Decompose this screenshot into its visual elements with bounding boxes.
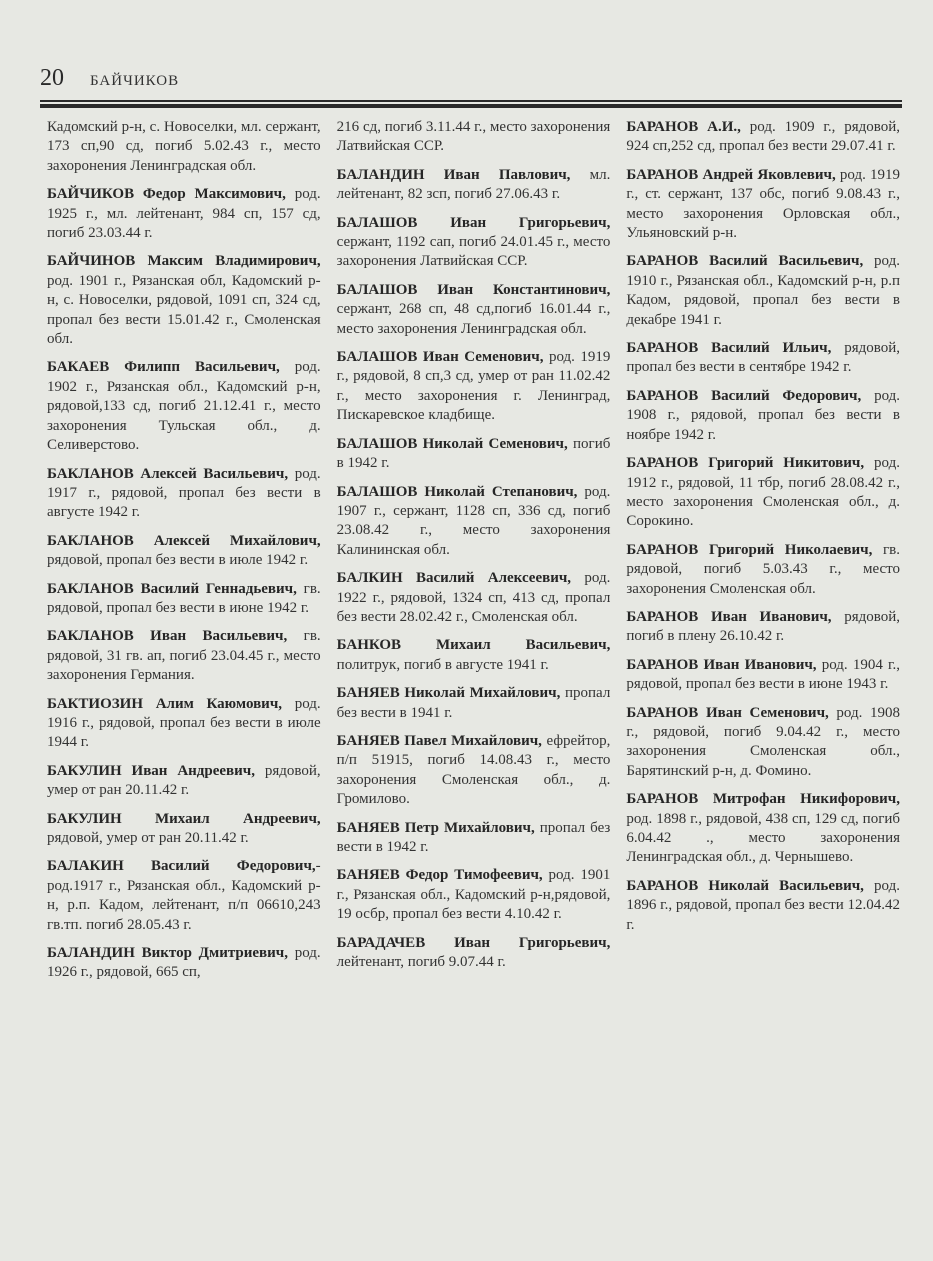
entry: БАЛАНДИН Иван Павлович, мл. лейтенант, 8… bbox=[337, 166, 611, 205]
entry-name: БАРАНОВ Иван Семенович, bbox=[626, 705, 828, 721]
entry: БАРАНОВ Василий Васильевич, род. 1910 г.… bbox=[626, 252, 900, 330]
entry-details: сержант, 1192 сап, погиб 24.01.45 г., ме… bbox=[337, 234, 611, 269]
entry-name: БАРАНОВ Григорий Никитович, bbox=[626, 455, 864, 471]
entry-name: БАЛАШОВ Николай Семенович, bbox=[337, 436, 568, 452]
entry-name: БАРАНОВ Василий Ильич, bbox=[626, 340, 831, 356]
entry-name: БАРАНОВ Василий Федорович, bbox=[626, 388, 861, 404]
entry-name: БАРАНОВ Иван Иванович, bbox=[626, 609, 831, 625]
entry-name: БАРАНОВ Андрей Яковлевич, bbox=[626, 167, 835, 183]
entry: БАКУЛИН Михаил Андреевич, рядовой, умер … bbox=[47, 810, 321, 849]
entry: БАРАНОВ Николай Васильевич, род. 1896 г.… bbox=[626, 877, 900, 935]
entry: БАЛАШОВ Николай Семенович, погиб в 1942 … bbox=[337, 435, 611, 474]
entry: БАНЯЕВ Павел Михайлович, ефрейтор, п/п 5… bbox=[337, 732, 611, 810]
entry: БАРАНОВ Григорий Никитович, род. 1912 г.… bbox=[626, 454, 900, 532]
header-rule-thin bbox=[40, 100, 902, 102]
entry: БАЛАКИН Василий Федорович,-род.1917 г., … bbox=[47, 857, 321, 935]
entry-name: БАРАНОВ Григорий Николаевич, bbox=[626, 542, 872, 558]
entry: БАЙЧИКОВ Федор Максимович, род. 1925 г.,… bbox=[47, 185, 321, 243]
entry-name: БАРАНОВ Митрофан Никифорович, bbox=[626, 791, 900, 807]
entry-name: БАКУЛИН Иван Андреевич, bbox=[47, 763, 255, 779]
entry-details: род. 1901 г., Рязанская обл, Кадомский р… bbox=[47, 273, 321, 347]
entry-name: БАКАЕВ Филипп Васильевич, bbox=[47, 359, 280, 375]
header-rule-thick bbox=[40, 104, 902, 108]
entry: БАНЯЕВ Федор Тимофеевич, род. 1901 г., Р… bbox=[337, 866, 611, 924]
entry: БАРАНОВ Иван Иванович, род. 1904 г., ряд… bbox=[626, 656, 900, 695]
entry-name: БАКЛАНОВ Алексей Васильевич, bbox=[47, 466, 288, 482]
entry: БАРАНОВ Митрофан Никифорович, род. 1898 … bbox=[626, 790, 900, 868]
entry-name: БАЛАНДИН Виктор Дмитриевич, bbox=[47, 945, 288, 961]
entry: БАРАНОВ Иван Иванович, рядовой, погиб в … bbox=[626, 608, 900, 647]
entry-name: БАНЯЕВ Николай Михайлович, bbox=[337, 685, 561, 701]
entry-details: 216 сд, погиб 3.11.44 г., место захороне… bbox=[337, 119, 611, 154]
entry: Кадомский р-н, с. Новоселки, мл. сержант… bbox=[47, 118, 321, 176]
entry: БАРАНОВ Иван Семенович, род. 1908 г., ря… bbox=[626, 704, 900, 782]
entry-details: род. 1898 г., рядовой, 438 сп, 129 сд, п… bbox=[626, 811, 900, 866]
entry-name: БАКЛАНОВ Василий Геннадьевич, bbox=[47, 581, 297, 597]
entry: БАРАНОВ Григорий Николаевич, гв. рядовой… bbox=[626, 541, 900, 599]
entry: БАКЛАНОВ Алексей Михайлович, рядовой, пр… bbox=[47, 532, 321, 571]
entry-name: БАЙЧИНОВ Максим Владимирович, bbox=[47, 253, 321, 269]
entry-name: БАЛАШОВ Николай Степанович, bbox=[337, 484, 578, 500]
entry-name: БАЛАШОВ Иван Семенович, bbox=[337, 349, 544, 365]
entry-name: БАРАНОВ Василий Васильевич, bbox=[626, 253, 863, 269]
entry-name: БАКЛАНОВ Алексей Михайлович, bbox=[47, 533, 321, 549]
entry-name: БАНЯЕВ Петр Михайлович, bbox=[337, 820, 535, 836]
column-right: БАРАНОВ А.И., род. 1909 г., рядовой, 924… bbox=[626, 118, 900, 992]
page-header: 20 БАЙЧИКОВ bbox=[40, 66, 902, 108]
entry-name: БАНЯЕВ Павел Михайлович, bbox=[337, 733, 542, 749]
entry-name: БАЛКИН Василий Алексеевич, bbox=[337, 570, 571, 586]
entry-name: БАКУЛИН Михаил Андреевич, bbox=[47, 811, 321, 827]
entry-name: БАНКОВ Михаил Васильевич, bbox=[337, 637, 611, 653]
entry-details: лейтенант, погиб 9.07.44 г. bbox=[337, 954, 506, 970]
page-number: 20 bbox=[40, 66, 64, 90]
entry-details: Кадомский р-н, с. Новоселки, мл. сержант… bbox=[47, 119, 321, 174]
entry-name: БАКЛАНОВ Иван Васильевич, bbox=[47, 628, 287, 644]
entry: БАЛАШОВ Иван Константинович, сержант, 26… bbox=[337, 281, 611, 339]
entry: БАНКОВ Михаил Васильевич, политрук, поги… bbox=[337, 636, 611, 675]
entry-name: БАЛАНДИН Иван Павлович, bbox=[337, 167, 571, 183]
entry: БАКАЕВ Филипп Васильевич, род. 1902 г., … bbox=[47, 358, 321, 455]
entry: БАКЛАНОВ Алексей Васильевич, род. 1917 г… bbox=[47, 465, 321, 523]
entry-details: политрук, погиб в августе 1941 г. bbox=[337, 657, 549, 673]
column-left: Кадомский р-н, с. Новоселки, мл. сержант… bbox=[47, 118, 321, 992]
entry-name: БАЙЧИКОВ Федор Максимович, bbox=[47, 186, 286, 202]
entry: БАКТИОЗИН Алим Каюмович, род. 1916 г., р… bbox=[47, 695, 321, 753]
entry-details: сержант, 268 сп, 48 сд,погиб 16.01.44 г.… bbox=[337, 301, 611, 336]
entry: БАРАНОВ Василий Федорович, род. 1908 г.,… bbox=[626, 387, 900, 445]
entry-details: рядовой, умер от ран 20.11.42 г. bbox=[47, 830, 249, 846]
entry: БАНЯЕВ Николай Михайлович, пропал без ве… bbox=[337, 684, 611, 723]
entry: БАЛАШОВ Николай Степанович, род. 1907 г.… bbox=[337, 483, 611, 561]
entry: БАЛАШОВ Иван Семенович, род. 1919 г., ря… bbox=[337, 348, 611, 426]
entry-name: БАРАНОВ Николай Васильевич, bbox=[626, 878, 864, 894]
entry: 216 сд, погиб 3.11.44 г., место захороне… bbox=[337, 118, 611, 157]
column-middle: 216 сд, погиб 3.11.44 г., место захороне… bbox=[337, 118, 611, 992]
entry-name: БАРАНОВ Иван Иванович, bbox=[626, 657, 816, 673]
entry: БАРАНОВ Андрей Яковлевич, род. 1919 г., … bbox=[626, 166, 900, 244]
entry: БАРАНОВ А.И., род. 1909 г., рядовой, 924… bbox=[626, 118, 900, 157]
entry: БАРАДАЧЕВ Иван Григорьевич, лейтенант, п… bbox=[337, 934, 611, 973]
entry: БАКЛАНОВ Василий Геннадьевич, гв. рядово… bbox=[47, 580, 321, 619]
entry: БАЛАНДИН Виктор Дмитриевич, род. 1926 г.… bbox=[47, 944, 321, 983]
entry-name: БАЛАШОВ Иван Григорьевич, bbox=[337, 215, 611, 231]
entry: БАЛАШОВ Иван Григорьевич, сержант, 1192 … bbox=[337, 214, 611, 272]
entry-name: БАРАНОВ А.И., bbox=[626, 119, 741, 135]
entry: БАЛКИН Василий Алексеевич, род. 1922 г.,… bbox=[337, 569, 611, 627]
entry: БАНЯЕВ Петр Михайлович, пропал без вести… bbox=[337, 819, 611, 858]
entry-name: БАЛАШОВ Иван Константинович, bbox=[337, 282, 611, 298]
text-columns: Кадомский р-н, с. Новоселки, мл. сержант… bbox=[47, 118, 900, 992]
entry: БАКЛАНОВ Иван Васильевич, гв. рядовой, 3… bbox=[47, 627, 321, 685]
entry: БАКУЛИН Иван Андреевич, рядовой, умер от… bbox=[47, 762, 321, 801]
entry-name: БАКТИОЗИН Алим Каюмович, bbox=[47, 696, 282, 712]
entry-details: рядовой, пропал без вести в июле 1942 г. bbox=[47, 552, 308, 568]
entry-name: БАРАДАЧЕВ Иван Григорьевич, bbox=[337, 935, 611, 951]
entry-name: БАНЯЕВ Федор Тимофеевич, bbox=[337, 867, 543, 883]
entry: БАЙЧИНОВ Максим Владимирович, род. 1901 … bbox=[47, 252, 321, 349]
entry-name: БАЛАКИН Василий Федорович, bbox=[47, 858, 316, 874]
header-line: 20 БАЙЧИКОВ bbox=[40, 66, 902, 90]
running-title: БАЙЧИКОВ bbox=[90, 73, 179, 90]
entry: БАРАНОВ Василий Ильич, рядовой, пропал б… bbox=[626, 339, 900, 378]
